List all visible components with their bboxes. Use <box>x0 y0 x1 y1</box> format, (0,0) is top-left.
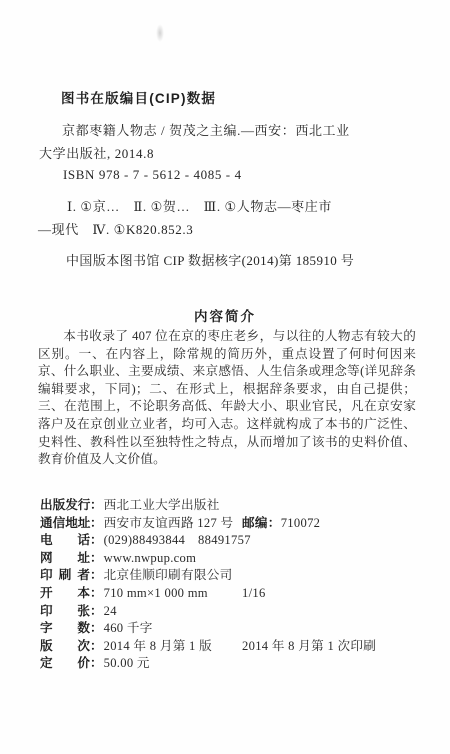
colophon-row-sheets: 印张：24 <box>40 603 412 621</box>
colophon-value: 50.00 元 <box>104 656 150 670</box>
colophon-value: 西安市友谊西路 127 号 <box>104 516 234 530</box>
colophon-label: 网址 <box>40 550 90 568</box>
abstract-body: 本书收录了 407 位在京的枣庄老乡，与以往的人物志有较大的区别。一、在内容上，… <box>38 328 416 469</box>
colophon-label: 字数 <box>40 620 90 638</box>
colophon-label: 出版发行 <box>40 497 90 515</box>
colophon-value: www.nwpup.com <box>104 551 197 565</box>
scan-smudge <box>156 24 164 42</box>
colophon-label: 电话 <box>40 532 90 550</box>
colophon-label: 通信地址 <box>40 515 90 533</box>
cip-registry-line: 中国版本图书馆 CIP 数据核字(2014)第 185910 号 <box>66 250 354 269</box>
cip-classification: Ⅰ. ①京… Ⅱ. ①贺… Ⅲ. ①人物志—枣庄市 —现代 Ⅳ. ①K820.8… <box>38 196 388 241</box>
printing-info: 2014 年 8 月第 1 次印刷 <box>242 638 376 656</box>
cip-classification-line: —现代 Ⅳ. ①K820.852.3 <box>38 219 388 242</box>
colon-separator: ： <box>90 586 103 600</box>
format-fraction: 1/16 <box>242 585 266 603</box>
colophon-label: 版次 <box>40 638 90 656</box>
colon-separator: ： <box>90 656 103 670</box>
colophon-value: 24 <box>104 604 117 618</box>
colophon-row-phone: 电话：(029)88493844 88491757 <box>40 532 412 550</box>
colon-separator: ： <box>268 516 281 530</box>
colophon-row-address: 通信地址：西安市友谊西路 127 号 邮编：710072 <box>40 515 412 533</box>
cip-classification-line: Ⅰ. ①京… Ⅱ. ①贺… Ⅲ. ①人物志—枣庄市 <box>38 196 388 219</box>
cip-entry: 京都枣籍人物志 / 贺茂之主编.—西安：西北工业 大学出版社, 2014.8 <box>39 119 389 165</box>
colophon-section: 出版发行：西北工业大学出版社 通信地址：西安市友谊西路 127 号 邮编：710… <box>40 497 412 673</box>
colophon-label: 印张 <box>40 603 90 621</box>
colophon-label: 开本 <box>40 585 90 603</box>
cip-heading: 图书在版编目(CIP)数据 <box>61 87 216 107</box>
colophon-label: 定价 <box>40 655 90 673</box>
postcode-field: 邮编：710072 <box>242 515 320 533</box>
colophon-row-wordcount: 字数：460 千字 <box>40 620 412 638</box>
isbn-line: ISBN 978 - 7 - 5612 - 4085 - 4 <box>63 167 242 183</box>
colophon-row-price: 定价：50.00 元 <box>40 655 412 673</box>
colon-separator: ： <box>90 551 103 565</box>
abstract-heading: 内容简介 <box>0 305 450 325</box>
postcode-label: 邮编 <box>242 516 268 530</box>
cip-entry-line: 大学出版社, 2014.8 <box>39 142 389 165</box>
colophon-row-format: 开本：710 mm×1 000 mm 1/16 <box>40 585 412 603</box>
colon-separator: ： <box>90 639 103 653</box>
colon-separator: ： <box>90 604 103 618</box>
colon-separator: ： <box>90 498 103 512</box>
colon-separator: ： <box>90 516 103 530</box>
colophon-row-website: 网址：www.nwpup.com <box>40 550 412 568</box>
colophon-row-edition: 版次：2014 年 8 月第 1 版 2014 年 8 月第 1 次印刷 <box>40 638 412 656</box>
colophon-value: 710 mm×1 000 mm <box>104 586 208 600</box>
cip-entry-line: 京都枣籍人物志 / 贺茂之主编.—西安：西北工业 <box>39 119 389 142</box>
colophon-row-publisher: 出版发行：西北工业大学出版社 <box>40 497 412 515</box>
colophon-value: 2014 年 8 月第 1 版 <box>104 639 212 653</box>
postcode-value: 710072 <box>281 516 321 530</box>
colon-separator: ： <box>90 568 103 582</box>
colophon-value: 460 千字 <box>104 621 153 635</box>
colophon-value: 西北工业大学出版社 <box>104 498 220 512</box>
colophon-row-printer: 印刷者：北京佳顺印刷有限公司 <box>40 567 412 585</box>
colon-separator: ： <box>90 621 103 635</box>
copyright-page: 图书在版编目(CIP)数据 京都枣籍人物志 / 贺茂之主编.—西安：西北工业 大… <box>0 0 450 754</box>
colophon-value: 北京佳顺印刷有限公司 <box>104 568 233 582</box>
colophon-value: (029)88493844 88491757 <box>104 533 251 547</box>
colophon-label: 印刷者 <box>40 567 90 585</box>
colon-separator: ： <box>90 533 103 547</box>
